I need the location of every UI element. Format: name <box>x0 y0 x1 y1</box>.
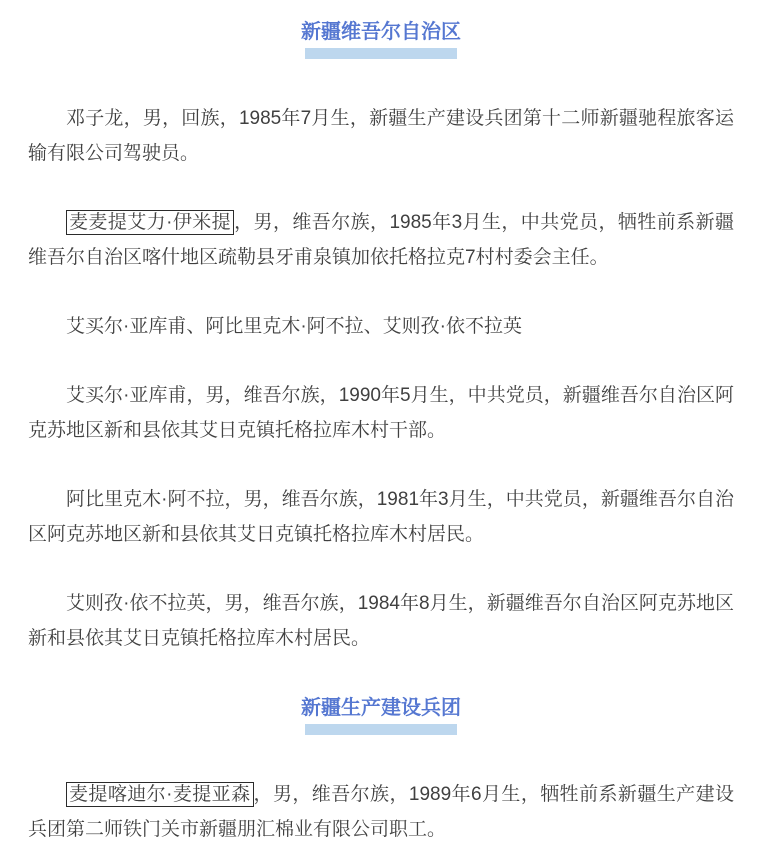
section-title: 新疆维吾尔自治区 <box>28 20 734 44</box>
paragraph-text: 艾则孜·依不拉英，男，维吾尔族，1984年8月生，新疆维吾尔自治区阿克苏地区新和… <box>28 593 734 649</box>
boxed-name: 麦麦提艾力·伊米提 <box>66 210 234 235</box>
paragraph: 麦提喀迪尔·麦提亚森，男，维吾尔族，1989年6月生，牺牲前系新疆生产建设兵团第… <box>28 777 734 847</box>
section-title: 新疆生产建设兵团 <box>28 696 734 720</box>
paragraph: 邓子龙，男，回族，1985年7月生，新疆生产建设兵团第十二师新疆驰程旅客运输有限… <box>28 101 734 171</box>
section-body: 邓子龙，男，回族，1985年7月生，新疆生产建设兵团第十二师新疆驰程旅客运输有限… <box>28 101 734 656</box>
title-underline-bar <box>305 48 457 59</box>
paragraph: 艾买尔·亚库甫，男，维吾尔族，1990年5月生，中共党员，新疆维吾尔自治区阿克苏… <box>28 378 734 448</box>
section-body: 麦提喀迪尔·麦提亚森，男，维吾尔族，1989年6月生，牺牲前系新疆生产建设兵团第… <box>28 777 734 847</box>
boxed-name: 麦提喀迪尔·麦提亚森 <box>66 782 254 807</box>
paragraph: 艾则孜·依不拉英，男，维吾尔族，1984年8月生，新疆维吾尔自治区阿克苏地区新和… <box>28 586 734 656</box>
paragraph: 麦麦提艾力·伊米提，男，维吾尔族，1985年3月生，中共党员，牺牲前系新疆维吾尔… <box>28 205 734 275</box>
paragraph-text: 邓子龙，男，回族，1985年7月生，新疆生产建设兵团第十二师新疆驰程旅客运输有限… <box>28 108 734 164</box>
paragraph-text: 阿比里克木·阿不拉，男，维吾尔族，1981年3月生，中共党员，新疆维吾尔自治区阿… <box>28 489 734 545</box>
document-page: 新疆维吾尔自治区 邓子龙，男，回族，1985年7月生，新疆生产建设兵团第十二师新… <box>0 0 764 855</box>
section-header-production-corps: 新疆生产建设兵团 <box>28 696 734 735</box>
paragraph: 阿比里克木·阿不拉，男，维吾尔族，1981年3月生，中共党员，新疆维吾尔自治区阿… <box>28 482 734 552</box>
section-header-xinjiang-region: 新疆维吾尔自治区 <box>28 20 734 59</box>
paragraph: 艾买尔·亚库甫、阿比里克木·阿不拉、艾则孜·依不拉英 <box>28 309 734 344</box>
section-production-corps: 新疆生产建设兵团 麦提喀迪尔·麦提亚森，男，维吾尔族，1989年6月生，牺牲前系… <box>28 696 734 847</box>
title-underline-bar <box>305 724 457 735</box>
section-xinjiang-region: 新疆维吾尔自治区 邓子龙，男，回族，1985年7月生，新疆生产建设兵团第十二师新… <box>28 20 734 656</box>
paragraph-text: 艾买尔·亚库甫，男，维吾尔族，1990年5月生，中共党员，新疆维吾尔自治区阿克苏… <box>28 385 734 441</box>
paragraph-text: 艾买尔·亚库甫、阿比里克木·阿不拉、艾则孜·依不拉英 <box>66 316 522 337</box>
